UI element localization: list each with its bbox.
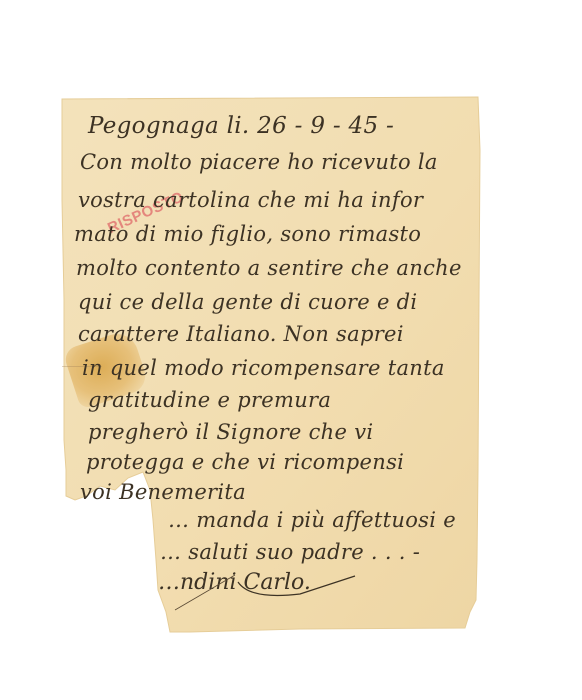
letter-line: in quel modo ricompensare tanta bbox=[82, 356, 445, 380]
letter-line-date: Pegognaga li. 26 - 9 - 45 - bbox=[88, 113, 394, 139]
letter-line: mato di mio figlio, sono rimasto bbox=[74, 222, 421, 246]
signature: …ndini Carlo. bbox=[158, 570, 311, 595]
letter-line: carattere Italiano. Non saprei bbox=[78, 322, 404, 346]
letter-line: pregherò il Signore che vi bbox=[88, 420, 373, 444]
letter-line: protegga e che vi ricompensi bbox=[86, 450, 404, 474]
letter-line: vostra cartolina che mi ha infor bbox=[78, 188, 423, 212]
letter-line: molto contento a sentire che anche bbox=[76, 256, 462, 280]
letter-line: gratitudine e premura bbox=[88, 388, 331, 412]
letter-line: Con molto piacere ho ricevuto la bbox=[80, 150, 438, 174]
letter-sheet: RISPOSTO Pegognaga li. 26 - 9 - 45 - Con… bbox=[0, 0, 582, 700]
letter-line: … manda i più affettuosi e bbox=[168, 508, 456, 532]
letter-line: qui ce della gente di cuore e di bbox=[78, 290, 417, 314]
letter-line: … saluti suo padre . . . - bbox=[160, 540, 420, 564]
letter-line: voi Benemerita bbox=[80, 480, 246, 504]
